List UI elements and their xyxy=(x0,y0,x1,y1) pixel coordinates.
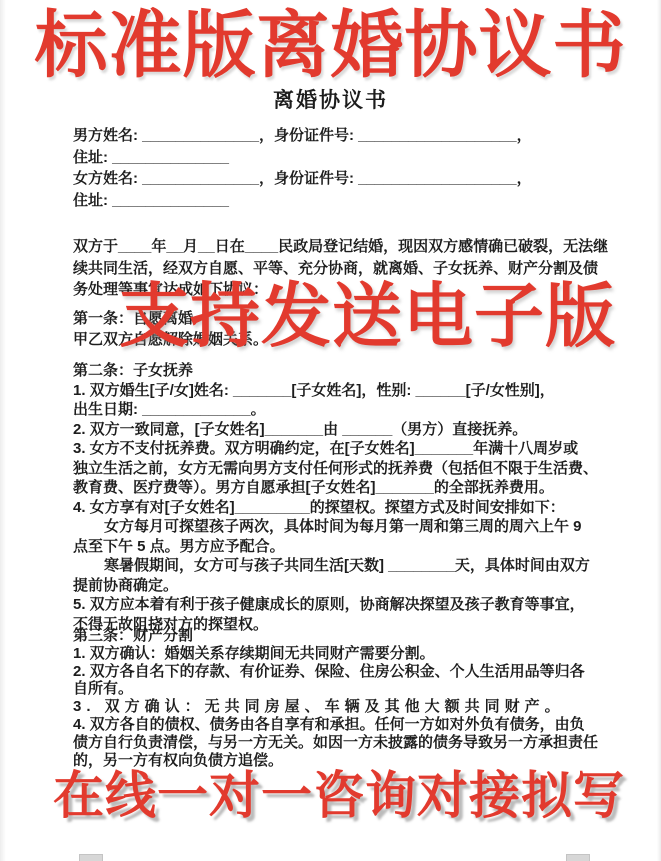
doc-line: 1. 双方确认：婚姻关系存续期间无共同财产需要分割。 xyxy=(73,645,601,663)
page-bottom-artifact-left xyxy=(79,854,103,861)
doc-line: 寒暑假期间，女方可与孩子共同生活[天数] ________天，具体时间由双方 xyxy=(73,556,601,576)
doc-line: 3. 双方确认：无共同房屋、车辆及其他大额共同财产。 xyxy=(73,698,601,716)
divorce-agreement-page: 标准版离婚协议书 离婚协议书 男方姓名: ______________，身份证件… xyxy=(0,0,661,861)
doc-line: 4. 女方享有对[子女姓名]_________的探望权。探望方式及时间安排如下： xyxy=(73,498,601,518)
doc-line: 第二条：子女抚养 xyxy=(73,361,601,381)
doc-line: 债方自行负责清偿，与另一方无关。如因一方未披露的债务导致另一方承担责任 xyxy=(73,734,601,752)
doc-line: 5. 双方应本着有利于孩子健康成长的原则，协商解决探望及孩子教育等事宜， xyxy=(73,595,601,615)
parties-info-block: 男方姓名: ______________，身份证件号: ____________… xyxy=(73,125,601,211)
page-bottom-artifact-right xyxy=(566,854,590,861)
section-2-child-custody: 第二条：子女抚养1. 双方婚生[子/女]姓名: _______[子女姓名]，性别… xyxy=(73,361,601,634)
section-3-property-division: 第三条：财产分割1. 双方确认：婚姻关系存续期间无共同财产需要分割。2. 双方各… xyxy=(73,627,601,769)
promo-banner-middle: 支持发送电子版 xyxy=(119,281,616,351)
doc-line: 点至下午 5 点。男方应予配合。 xyxy=(73,537,601,557)
doc-line: 2. 双方各自名下的存款、有价证券、保险、住房公积金、个人生活用品等归各 xyxy=(73,663,601,681)
doc-line: 3. 女方不支付抚养费。双方明确约定，在[子女姓名]_______年满十八周岁或 xyxy=(73,439,601,459)
doc-line: 续共同生活，经双方自愿、平等、充分协商，就离婚、子女抚养、财产分割及债 xyxy=(73,258,601,280)
doc-line: 自所有。 xyxy=(73,680,601,698)
doc-line: 第三条：财产分割 xyxy=(73,627,601,645)
document-title: 离婚协议书 xyxy=(0,84,661,114)
doc-line: 教育费、医疗费等）。男方自愿承担[子女姓名]_______的全部抚养费用。 xyxy=(73,478,601,498)
doc-line: 女方姓名: ______________，身份证件号: ____________… xyxy=(73,168,601,190)
doc-line: 2. 双方一致同意，[子女姓名]_______由 ______（男方）直接抚养。 xyxy=(73,420,601,440)
doc-line: 独立生活之前，女方无需向男方支付任何形式的抚养费（包括但不限于生活费、 xyxy=(73,459,601,479)
photo-edge-left xyxy=(0,0,6,861)
promo-banner-top: 标准版离婚协议书 xyxy=(0,9,661,82)
doc-line: 1. 双方婚生[子/女]姓名: _______[子女姓名]，性别: ______… xyxy=(73,381,601,401)
doc-line: 提前协商确定。 xyxy=(73,576,601,596)
doc-line: 出生日期: _____________。 xyxy=(73,400,601,420)
doc-line: 女方每月可探望孩子两次，具体时间为每月第一周和第三周的周六上午 9 xyxy=(73,517,601,537)
doc-line: 住址: ______________ xyxy=(73,190,601,212)
photo-edge-right xyxy=(657,0,661,861)
doc-line: 双方于____年__月__日在____民政局登记结婚，现因双方感情确已破裂，无法… xyxy=(73,236,601,258)
doc-line: 4. 双方各自的债权、债务由各自享有和承担。任何一方如对外负有债务，由负 xyxy=(73,716,601,734)
doc-line: 住址: ______________ xyxy=(73,147,601,169)
doc-line: 男方姓名: ______________，身份证件号: ____________… xyxy=(73,125,601,147)
promo-banner-bottom: 在线一对一咨询对接拟写 xyxy=(53,770,625,821)
